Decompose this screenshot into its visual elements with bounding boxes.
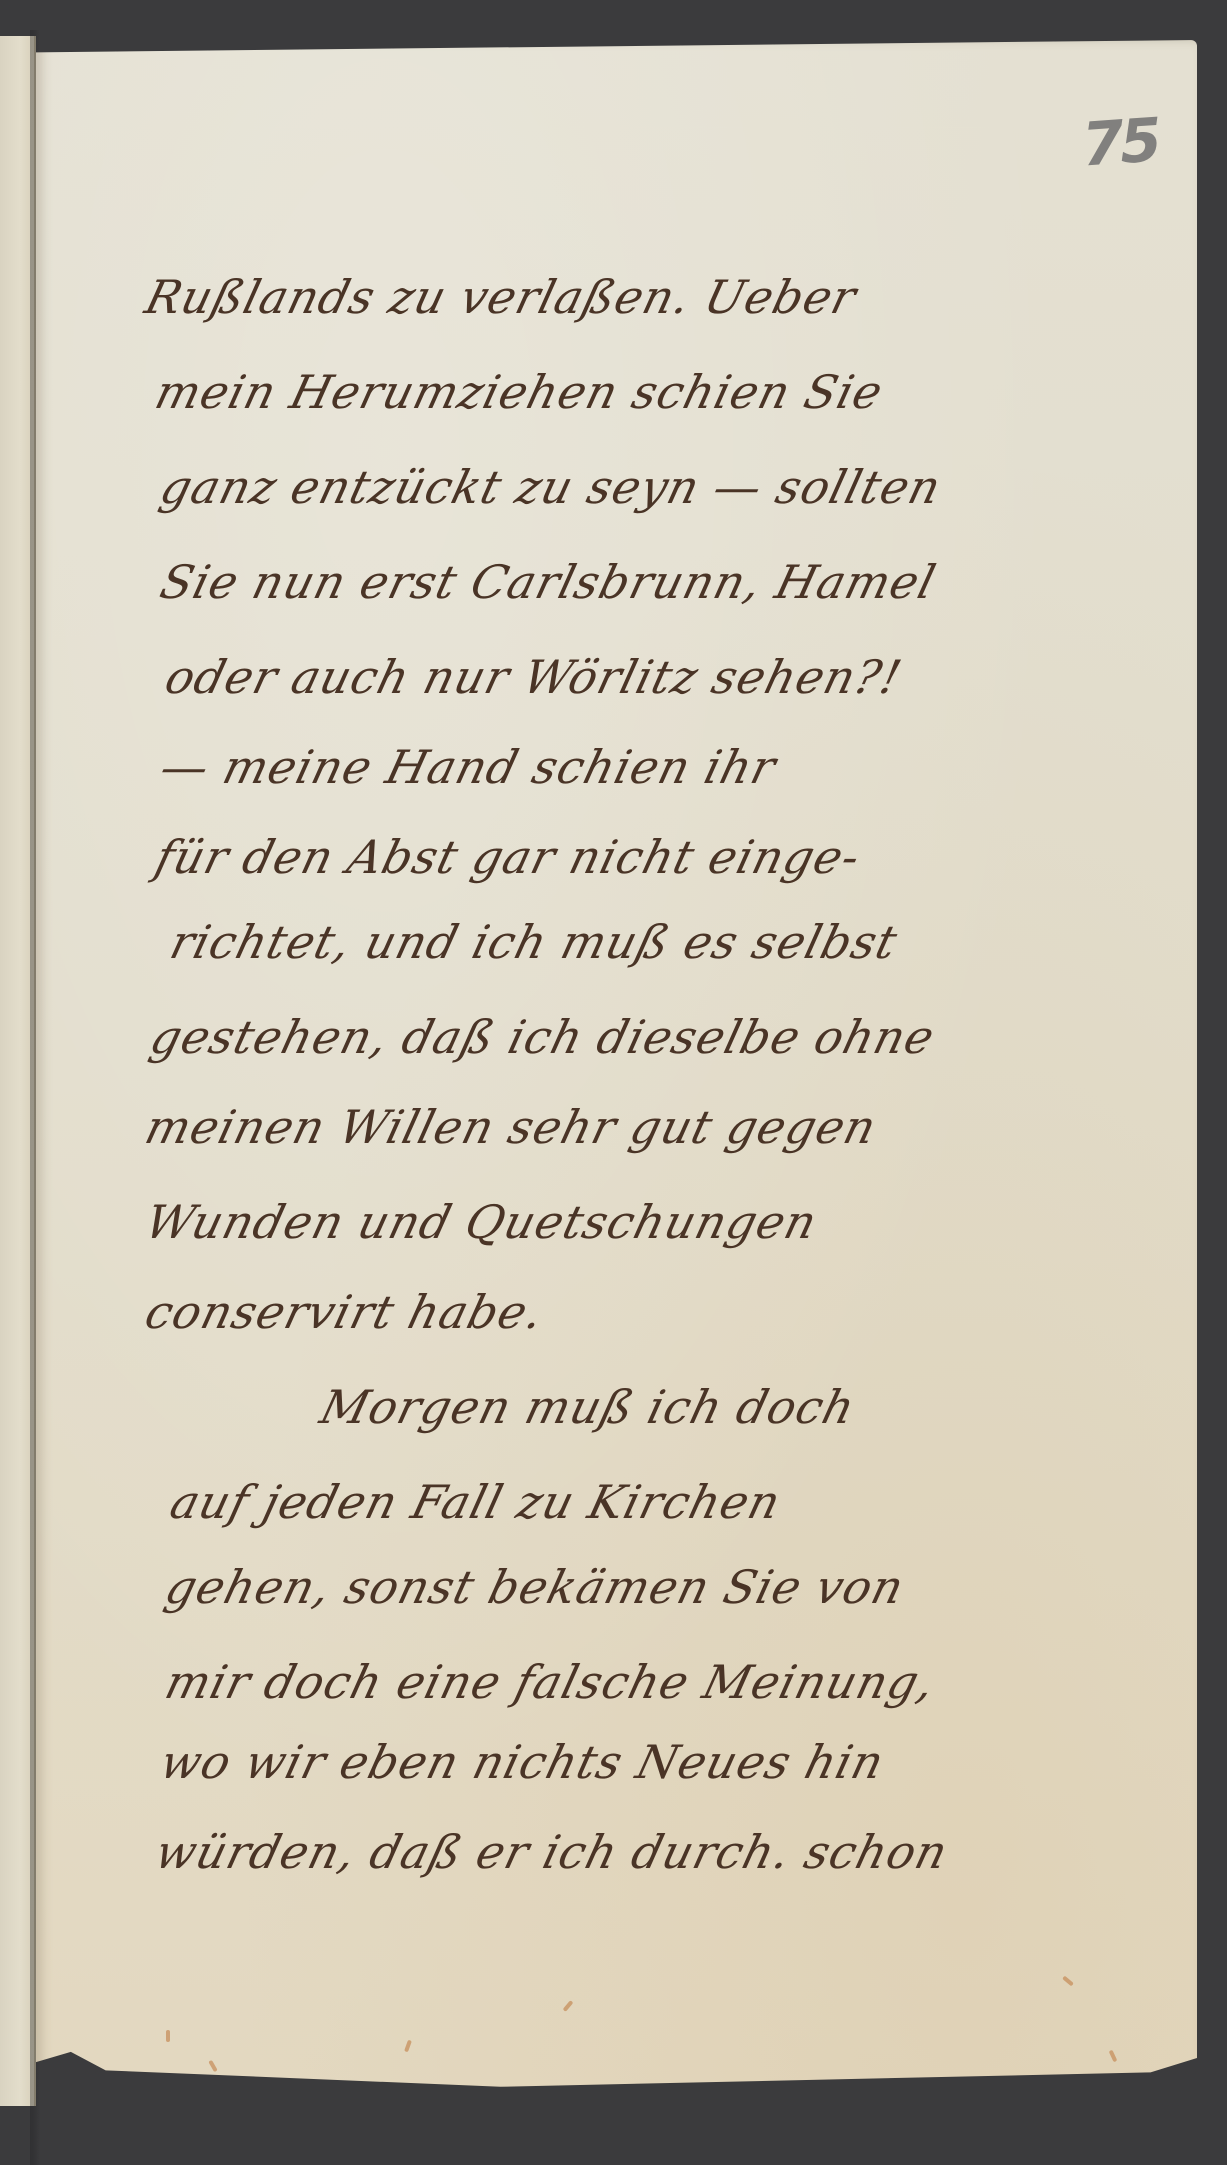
paper-speck bbox=[563, 2000, 574, 2012]
paper-speck bbox=[1062, 1976, 1074, 1987]
text-line: gehen, sonst bekämen Sie von bbox=[160, 1560, 910, 1614]
paper-speck bbox=[208, 2060, 217, 2072]
text-line: mir doch eine falsche Meinung, bbox=[160, 1655, 941, 1709]
text-line: Wunden und Quetschungen bbox=[140, 1195, 823, 1249]
text-line: Sie nun erst Carlsbrunn, Hamel bbox=[155, 555, 942, 609]
text-line: — meine Hand schien ihr bbox=[155, 740, 782, 794]
paper-speck bbox=[404, 2040, 412, 2053]
text-line: ganz entzückt zu seyn — sollten bbox=[155, 460, 947, 514]
text-line: Rußlands zu verlaßen. Ueber bbox=[140, 270, 862, 324]
text-line: gestehen, daß ich dieselbe ohne bbox=[145, 1010, 940, 1064]
text-line: oder auch nur Wörlitz sehen?! bbox=[160, 650, 907, 704]
text-line: auf jeden Fall zu Kirchen bbox=[165, 1475, 787, 1529]
paragraph-start-line: Morgen muß ich doch bbox=[315, 1380, 861, 1434]
text-line: richtet, und ich muß es selbst bbox=[165, 915, 903, 969]
page-number: 75 bbox=[1077, 105, 1162, 181]
text-line: conservirt habe. bbox=[140, 1285, 550, 1339]
text-line: würden, daß er ich durch. schon bbox=[150, 1825, 954, 1879]
text-line: wo wir eben nichts Neues hin bbox=[155, 1735, 890, 1789]
manuscript-scan: 75 Rußlands zu verlaßen. Ueber mein Heru… bbox=[0, 0, 1227, 2165]
text-line: mein Herumziehen schien Sie bbox=[150, 365, 889, 419]
paper-speck bbox=[1109, 2050, 1118, 2063]
text-line: meinen Willen sehr gut gegen bbox=[140, 1100, 882, 1154]
paper-speck bbox=[166, 2030, 170, 2042]
text-line: für den Abst gar nicht einge- bbox=[150, 830, 866, 884]
